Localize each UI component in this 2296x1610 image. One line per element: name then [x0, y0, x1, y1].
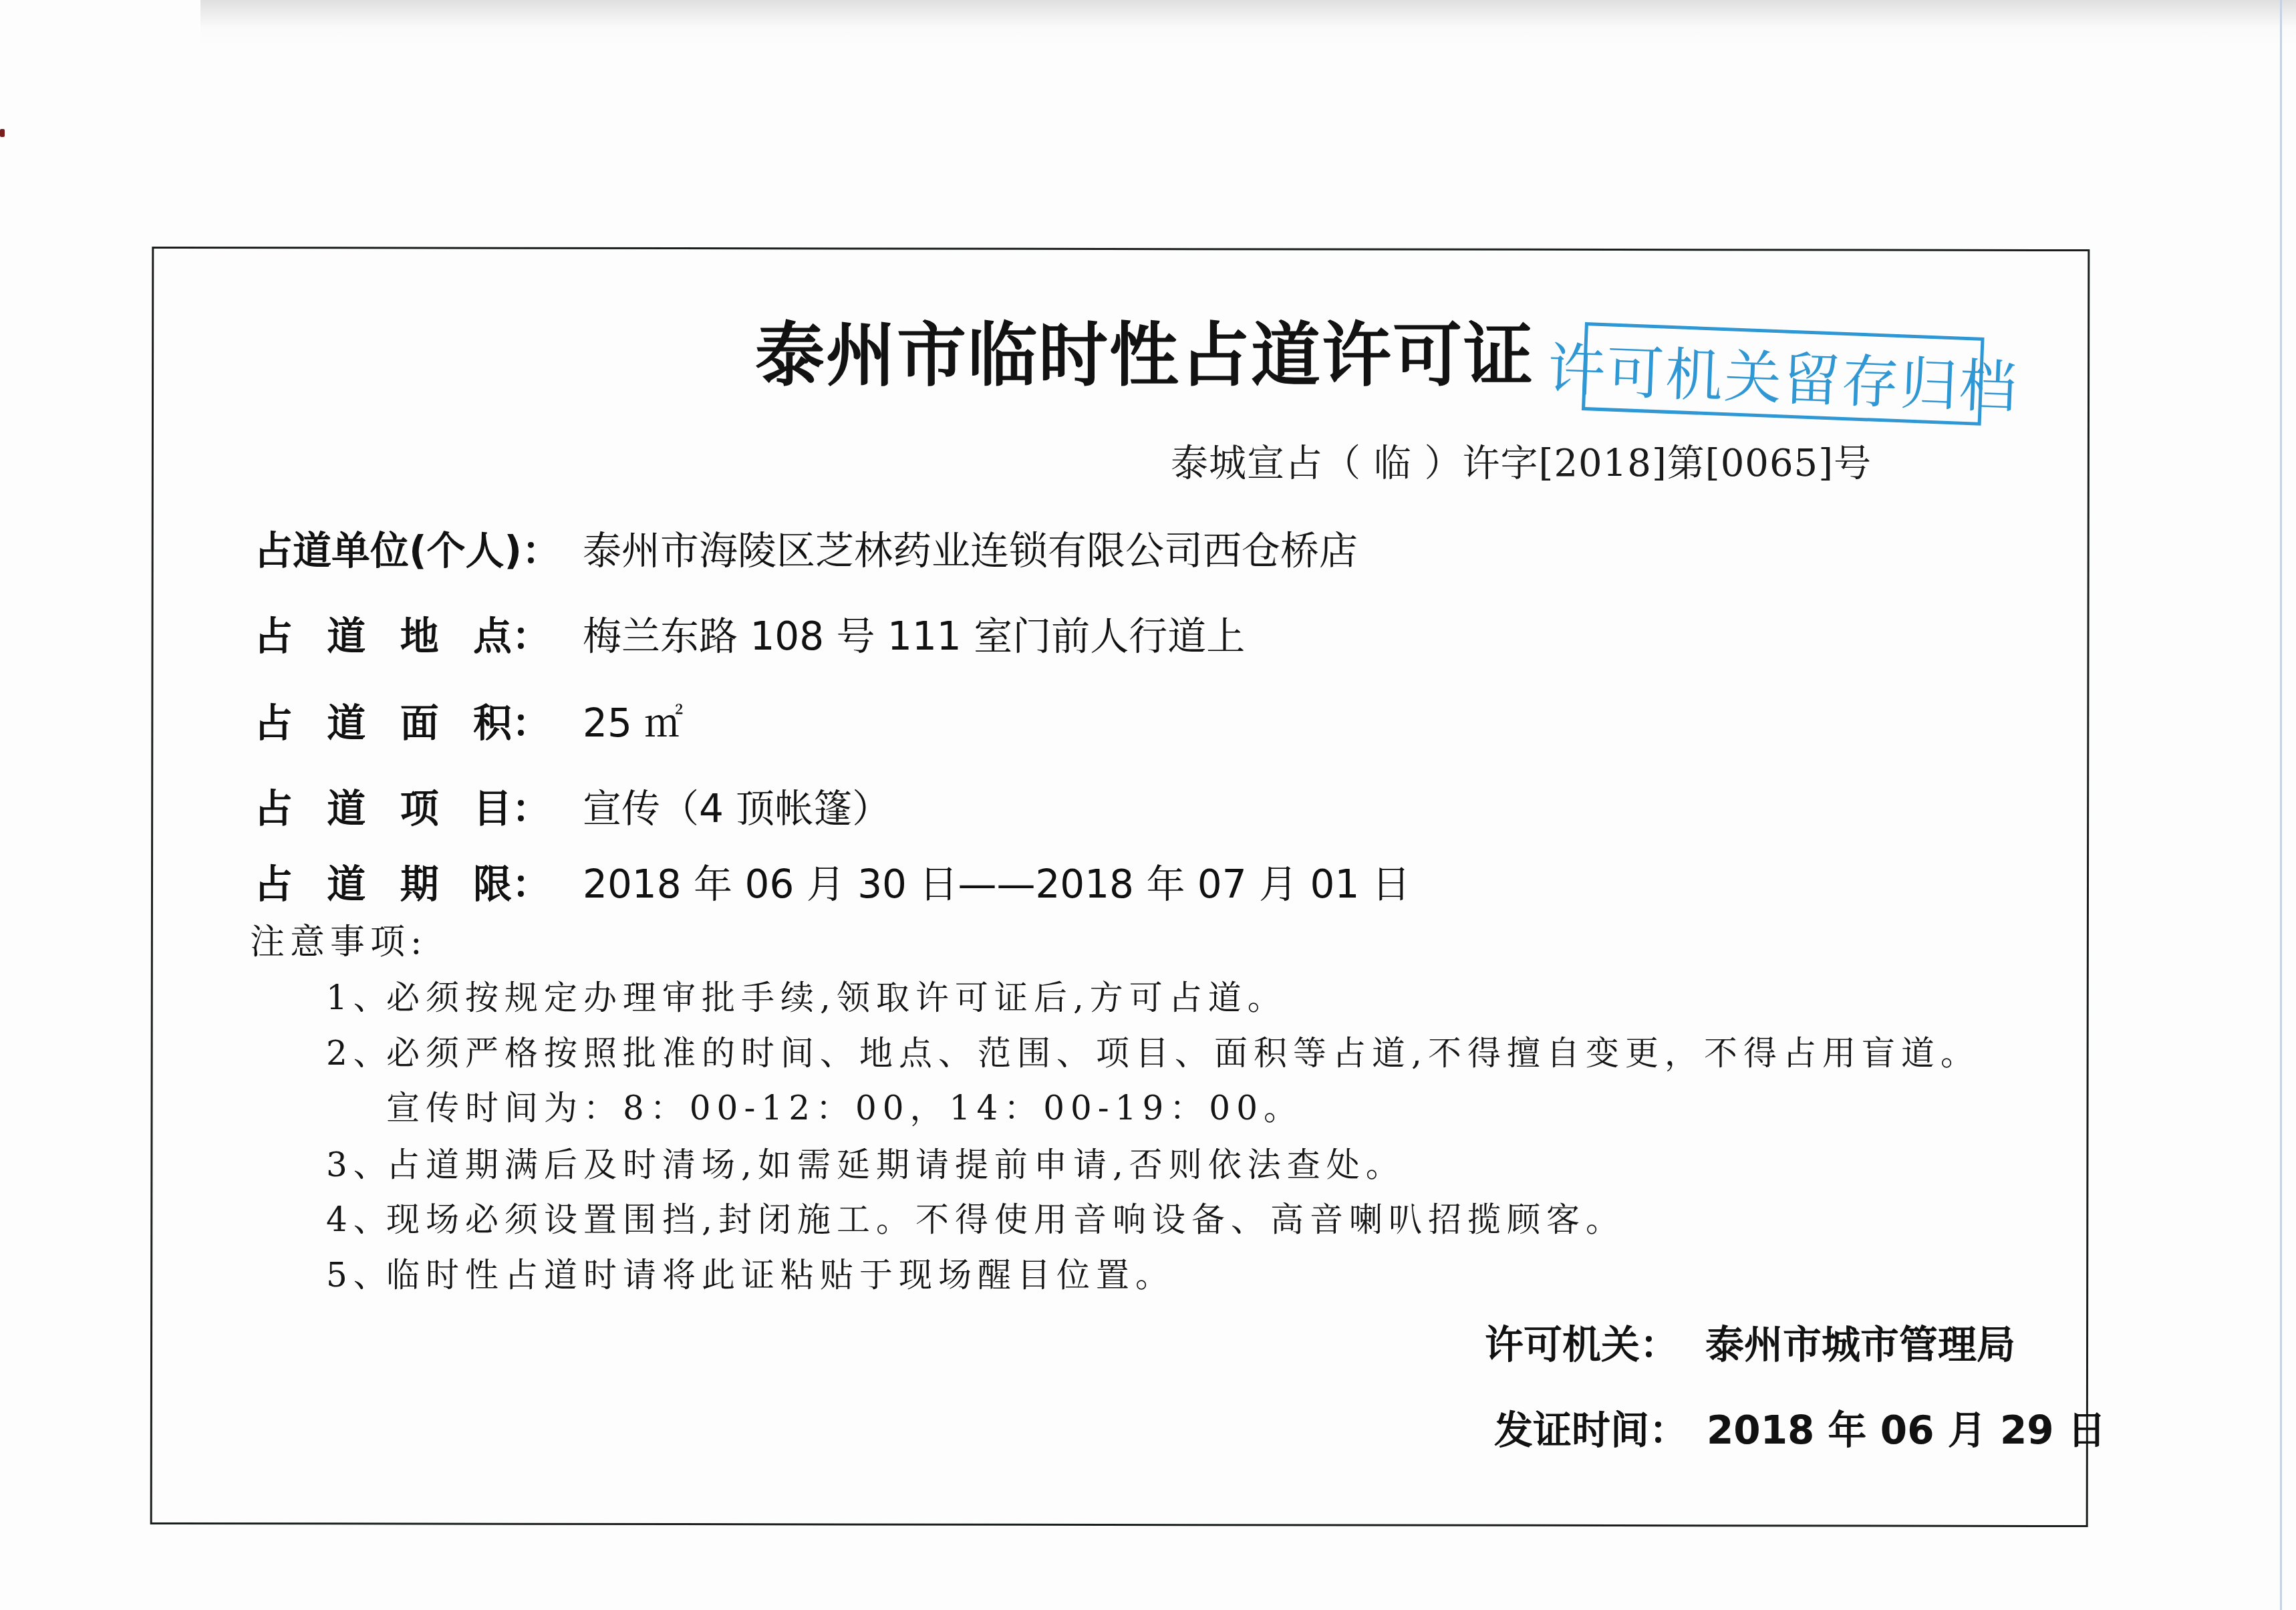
field-value: 梅兰东路 108 号 111 室门前人行道上: [583, 610, 1245, 663]
label-char: 目：: [473, 782, 551, 835]
permit-number: 泰城宣占（ 临 ）许字[2018]第[0065]号: [1171, 437, 1872, 491]
note-item: 5、临时性占道时请将此证粘贴于现场醒目位置。: [326, 1250, 1175, 1301]
archive-stamp: 许可机关留存归档: [1582, 322, 1985, 426]
field-purpose: 占 道 项 目： 宣传（4 顶帐篷）: [254, 782, 891, 835]
label-char: 面: [400, 696, 439, 750]
note-text: 必须严格按照批准的时间、地点、范围、项目、面积等占道,不得擅自变更，不得占用盲道…: [386, 1034, 1980, 1073]
label-char: 点：: [473, 610, 551, 663]
field-label: 占 道 地 点：: [254, 610, 551, 663]
note-number: 1、: [326, 972, 386, 1023]
label-char: 地: [400, 610, 439, 663]
label-char: 道: [327, 782, 366, 835]
field-value: 宣传（4 顶帐篷）: [583, 782, 891, 835]
label-char: 项: [400, 782, 439, 835]
issue-date: 发证时间： 2018 年 06 月 29 日: [1494, 1403, 2106, 1457]
label-char: 道: [327, 857, 366, 911]
scan-mark: [0, 129, 5, 137]
note-number: 2、: [326, 1028, 386, 1079]
scan-shadow: [200, 0, 2296, 47]
field-label: 占 道 项 目：: [254, 782, 551, 835]
stamp-text: 许可机关留存归档: [1546, 323, 2019, 424]
note-text: 临时性占道时请将此证粘贴于现场醒目位置。: [386, 1256, 1175, 1295]
field-label: 占 道 面 积：: [254, 696, 551, 750]
field-location: 占 道 地 点： 梅兰东路 108 号 111 室门前人行道上: [254, 610, 1245, 663]
field-value: 25 ㎡: [583, 696, 683, 750]
note-number: 3、: [326, 1139, 386, 1190]
note-text: 占道期满后及时清场,如需延期请提前申请,否则依法查处。: [386, 1146, 1405, 1184]
note-number: 4、: [326, 1194, 386, 1245]
label-char: 占: [254, 610, 293, 663]
label-char: 期: [400, 857, 439, 911]
label-char: 道: [327, 610, 366, 663]
label-char: 占: [254, 782, 293, 835]
field-label: 占 道 期 限：: [254, 857, 551, 911]
label-char: 限：: [473, 857, 551, 911]
note-item: 4、现场必须设置围挡,封闭施工。不得使用音响设备、高音喇叭招揽顾客。: [326, 1194, 1625, 1245]
label-char: 道: [327, 696, 366, 750]
note-item: 2、必须严格按照批准的时间、地点、范围、项目、面积等占道,不得擅自变更，不得占用…: [326, 1028, 1980, 1079]
note-number: 5、: [326, 1250, 386, 1301]
field-value: 泰州市海陵区芝林药业连锁有限公司西仓桥店: [583, 524, 1358, 577]
note-text: 必须按规定办理审批手续,领取许可证后,方可占道。: [386, 978, 1287, 1017]
authority-value: 泰州市城市管理局: [1705, 1318, 2015, 1371]
note-item: 1、必须按规定办理审批手续,领取许可证后,方可占道。: [326, 972, 1287, 1023]
field-value: 2018 年 06 月 30 日——2018 年 07 月 01 日: [583, 857, 1411, 911]
document-title: 泰州市临时性占道许可证: [755, 309, 1534, 402]
label-char: 占: [254, 696, 293, 750]
paper-edge: [2280, 0, 2282, 1610]
field-period: 占 道 期 限： 2018 年 06 月 30 日——2018 年 07 月 0…: [254, 857, 1411, 911]
note-item: 3、占道期满后及时清场,如需延期请提前申请,否则依法查处。: [326, 1139, 1405, 1190]
issue-date-value: 2018 年 06 月 29 日: [1707, 1403, 2106, 1457]
field-occupant: 占道单位(个人)： 泰州市海陵区芝林药业连锁有限公司西仓桥店: [254, 524, 1358, 577]
note-continuation: 宣传时间为：8：00-12：00，14：00-19：00。: [386, 1083, 1303, 1133]
label-char: 占: [254, 857, 293, 911]
field-area: 占 道 面 积： 25 ㎡: [254, 696, 683, 750]
issue-date-label: 发证时间：: [1494, 1403, 1707, 1457]
note-text: 现场必须设置围挡,封闭施工。不得使用音响设备、高音喇叭招揽顾客。: [386, 1200, 1625, 1239]
label-char: 积：: [473, 696, 551, 750]
issuing-authority: 许可机关： 泰州市城市管理局: [1485, 1318, 2015, 1371]
notes-heading: 注意事项:: [250, 917, 428, 968]
field-label: 占道单位(个人)：: [254, 524, 583, 577]
authority-label: 许可机关：: [1485, 1318, 1705, 1371]
